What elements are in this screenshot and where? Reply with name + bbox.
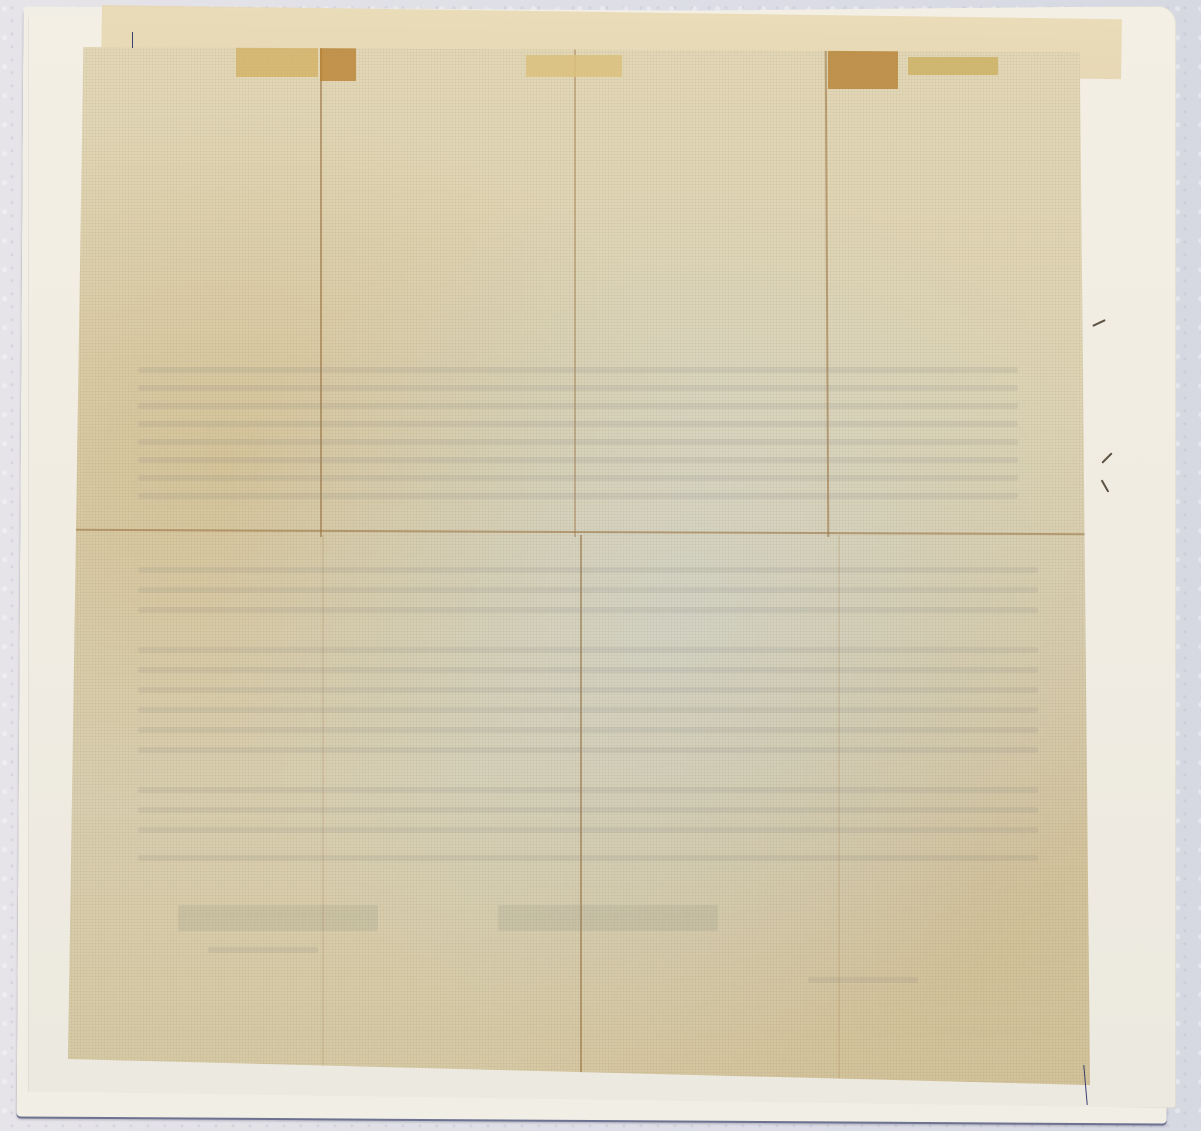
bleed-text-line	[138, 747, 1038, 753]
bleed-text-line	[138, 727, 1038, 733]
bleed-text-line	[138, 367, 1018, 373]
tape-piece-4	[828, 47, 898, 89]
bleed-text-line	[138, 493, 1018, 499]
bleed-text-line	[808, 977, 918, 983]
bleed-text-line	[138, 827, 1038, 833]
fold-line-top-left	[320, 47, 322, 537]
pencil-mark	[132, 32, 133, 48]
bleed-text-line	[138, 457, 1018, 463]
linen-document	[68, 47, 1090, 1085]
bleed-text-line	[138, 707, 1038, 713]
bleed-text-line	[138, 385, 1018, 391]
fold-line-bottom-middle	[580, 535, 582, 1095]
bleed-text-line	[138, 647, 1038, 653]
fold-line-horizontal	[68, 529, 1090, 535]
fold-line-top-middle	[574, 47, 576, 537]
bleed-text-line	[138, 587, 1038, 593]
bleed-text-line	[138, 787, 1038, 793]
bleed-signature	[178, 905, 378, 931]
fold-line-top-right	[825, 47, 830, 537]
bleed-text-line	[138, 567, 1038, 573]
bleed-text-line	[138, 855, 1038, 861]
bleed-text-line	[208, 947, 318, 953]
bleed-text-line	[138, 439, 1018, 445]
bleed-text-line	[138, 475, 1018, 481]
bleed-text-line	[138, 687, 1038, 693]
bleed-signature	[498, 905, 718, 931]
bleed-text-line	[138, 607, 1038, 613]
bleed-text-line	[138, 421, 1018, 427]
tape-piece-2	[320, 47, 356, 81]
tape-piece-3	[526, 55, 622, 77]
tape-piece-5	[908, 57, 998, 75]
fold-line-bottom-right-faint	[838, 535, 840, 1095]
bleed-text-line	[138, 807, 1038, 813]
bleed-text-line	[138, 667, 1038, 673]
tape-piece-1	[236, 47, 318, 77]
bleed-text-line	[138, 403, 1018, 409]
fold-line-bottom-left-faint	[322, 535, 324, 1095]
